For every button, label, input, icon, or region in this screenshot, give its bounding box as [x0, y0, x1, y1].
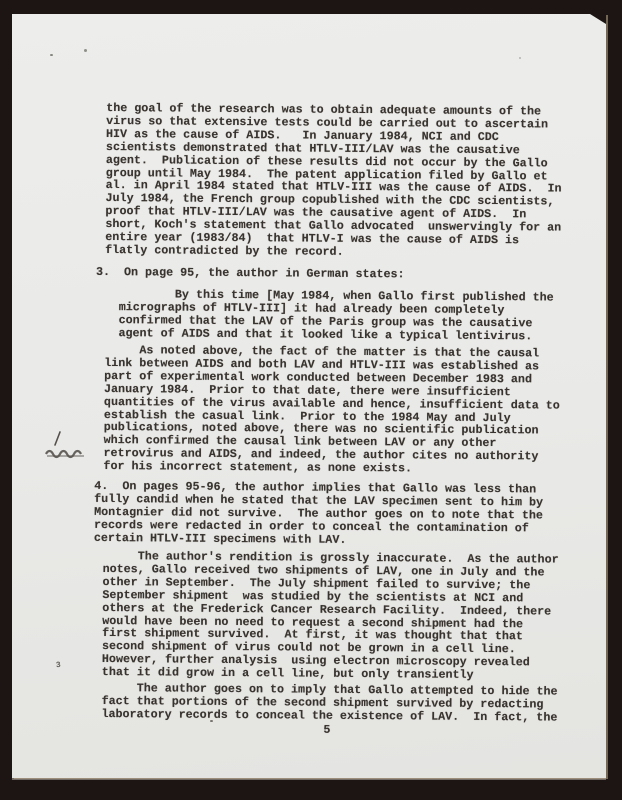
block-quote: By this time [May 1984, when Gallo first…	[104, 288, 553, 343]
paragraph-continuation: the goal of the research was to obtain a…	[105, 102, 562, 260]
scanned-document-view: { "colors": { "mat": "#1c1514", "paper":…	[0, 0, 622, 800]
paper-speck	[519, 57, 521, 59]
paragraph-as-noted: As noted above, the fact of the matter i…	[103, 344, 560, 477]
item-4-paragraph: 4. On pages 95-96, the author implies th…	[94, 480, 543, 548]
item-3-heading: 3. On page 95, the author in German stat…	[96, 266, 405, 281]
paper-speck	[50, 54, 53, 56]
paragraph-authors-rendition: The author's rendition is grossly inaccu…	[102, 550, 559, 683]
page-number: 5	[323, 724, 330, 737]
paragraph-author-goes-on: The author goes on to imply that Gallo a…	[101, 682, 557, 724]
paper-speck	[210, 720, 213, 722]
document-page: the goal of the research was to obtain a…	[12, 14, 606, 778]
paper-speck	[84, 49, 87, 52]
margin-tiny-mark: 3	[56, 662, 62, 670]
page-text: the goal of the research was to obtain a…	[101, 14, 597, 782]
handwritten-scribble-mark	[38, 430, 94, 466]
